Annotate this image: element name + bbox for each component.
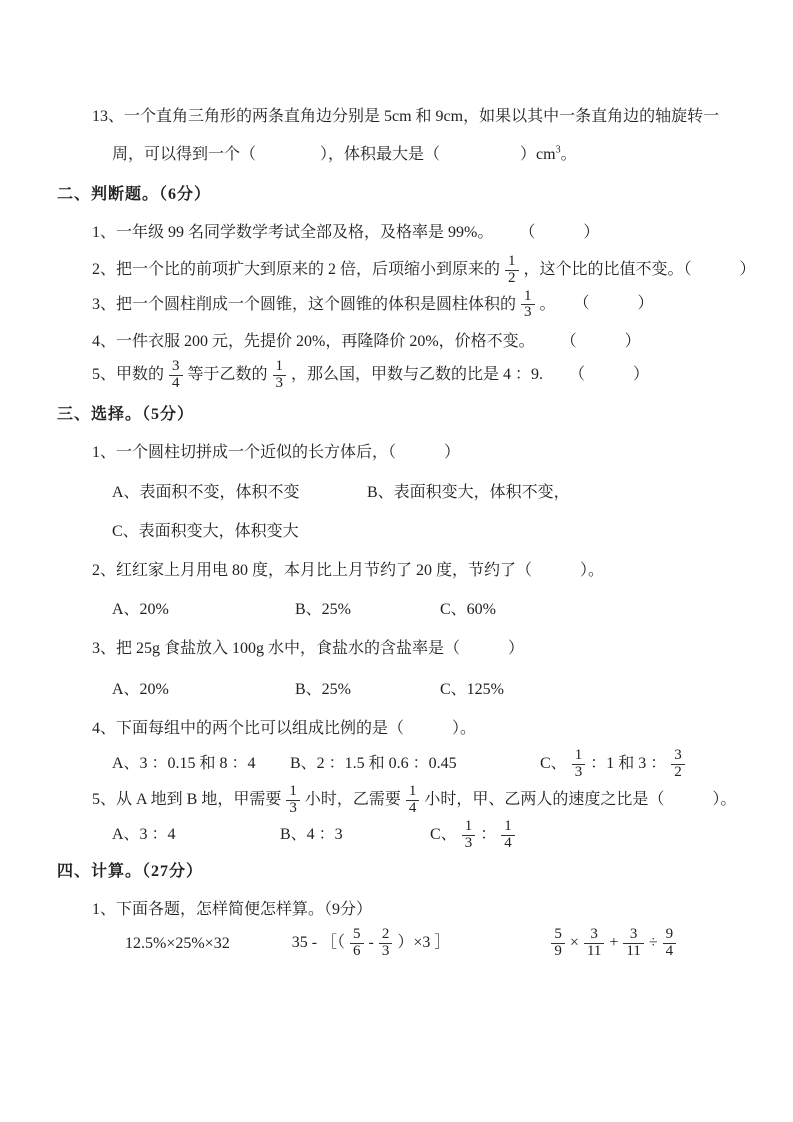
question-13-text-2: 周，可以得到一个（ ），体积最大是（ ）cm xyxy=(112,146,556,163)
fraction: 59 xyxy=(551,927,565,960)
fraction-denominator: 3 xyxy=(273,375,287,392)
section-choice-title: 三、选择。（5分） xyxy=(57,402,793,428)
judge-item-4-answer-blank: （ ） xyxy=(569,333,641,350)
judge-item-3: 3、把一个圆柱削成一个圆锥，这个圆锥的体积是圆柱体积的13。（ ） xyxy=(92,289,793,322)
section-choice-title-text: 三、选择。（5分） xyxy=(57,406,194,423)
fraction-denominator: 3 xyxy=(462,835,476,852)
calc-expression-2-pre: 35 - ［（ xyxy=(292,934,345,951)
choice-item-4-option-b: B、2 ：1.5 和 0.6 ：0.45 xyxy=(290,751,540,777)
section-judge-title: 二、判断题。（6分） xyxy=(57,182,793,208)
judge-item-3-text-post: 。 xyxy=(540,295,556,312)
choice-item-1-options-row-1: A、表面积不变，体积不变B、表面积变大，体积不变， xyxy=(112,480,793,506)
choice-item-5-options: A、3 ：4B、4 ：3C、13：14 xyxy=(112,819,793,852)
choice-item-5-option-b: B、4 ：3 xyxy=(280,822,430,848)
choice-item-1-stem-text: 1、一个圆柱切拼成一个近似的长方体后，（ ） xyxy=(92,444,460,461)
fraction: 14 xyxy=(501,819,515,852)
fraction-numerator: 1 xyxy=(521,289,535,305)
fraction-numerator: 9 xyxy=(663,927,677,943)
fraction: 32 xyxy=(671,748,685,781)
choice-item-5-option-c-mid: ： xyxy=(480,826,496,843)
choice-item-3-option-a: A、20% xyxy=(112,677,295,703)
fraction-numerator: 3 xyxy=(587,927,601,943)
calc-expression-2: 35 - ［（56-23）×3 ］ xyxy=(292,927,451,960)
fraction: 13 xyxy=(521,289,535,322)
calc-expression-3-operator-2: + xyxy=(609,934,618,951)
choice-item-1-stem: 1、一个圆柱切拼成一个近似的长方体后，（ ） xyxy=(92,440,793,466)
choice-item-4-options: A、3 ：0.15 和 8 ：4B、2 ：1.5 和 0.6 ：0.45C、13… xyxy=(112,748,793,781)
fraction: 13 xyxy=(462,819,476,852)
choice-item-4-option-a: A、3 ：0.15 和 8 ：4 xyxy=(112,751,290,777)
judge-item-3-answer-blank: （ ） xyxy=(582,295,654,312)
fraction: 23 xyxy=(379,927,393,960)
choice-item-1-option-a: A、表面积不变，体积不变 xyxy=(112,480,367,506)
judge-item-4-text: 4、一件衣服 200 元，先提价 20%，再隆降价 20%，价格不变。 xyxy=(92,333,535,350)
judge-item-2-text-post: ，这个比的比值不变。（ ） xyxy=(524,261,756,278)
fraction-numerator: 1 xyxy=(572,748,586,764)
fraction-numerator: 3 xyxy=(169,359,183,375)
fraction: 13 xyxy=(286,784,300,817)
choice-item-3-options: A、20%B、25%C、125% xyxy=(112,676,793,702)
choice-item-1-option-b: B、表面积变大，体积不变， xyxy=(367,480,570,506)
judge-item-3-text-pre: 3、把一个圆柱削成一个圆锥，这个圆锥的体积是圆柱体积的 xyxy=(92,295,516,312)
choice-item-3-stem-text: 3、把 25g 食盐放入 100g 水中，食盐水的含盐率是（ ） xyxy=(92,640,524,657)
fraction-numerator: 1 xyxy=(286,784,300,800)
judge-item-1-text: 1、一年级 99 名同学数学考试全部及格，及格率是 99%。 xyxy=(92,224,493,241)
choice-item-5-stem: 5、从 A 地到 B 地，甲需要13小时，乙需要14小时，甲、乙两人的速度之比是… xyxy=(92,784,793,817)
fraction: 12 xyxy=(505,254,519,287)
judge-item-5-text-pre: 5、甲数的 xyxy=(92,366,164,383)
fraction-denominator: 11 xyxy=(623,943,643,960)
choice-item-1-option-c: C、表面积变大，体积变大 xyxy=(112,519,299,545)
judge-item-2: 2、把一个比的前项扩大到原来的 2 倍，后项缩小到原来的12，这个比的比值不变。… xyxy=(92,254,793,287)
calc-expression-3-operator-3: ÷ xyxy=(649,934,658,951)
fraction-denominator: 3 xyxy=(572,764,586,781)
choice-item-2-stem-text: 2、红红家上月用电 80 度，本月比上月节约了 20 度，节约了（ ）。 xyxy=(92,562,604,579)
choice-item-5-option-c: C、13：14 xyxy=(430,819,520,852)
calc-expression-2-operator: - xyxy=(369,934,374,951)
fraction-denominator: 3 xyxy=(286,800,300,817)
fraction-denominator: 3 xyxy=(379,943,393,960)
fraction-numerator: 1 xyxy=(505,254,519,270)
fraction-denominator: 4 xyxy=(663,943,677,960)
fraction-numerator: 5 xyxy=(551,927,565,943)
question-13-line-1: 13、一个直角三角形的两条直角边分别是 5cm 和 9cm，如果以其中一条直角边… xyxy=(92,104,793,130)
choice-item-2-stem: 2、红红家上月用电 80 度，本月比上月节约了 20 度，节约了（ ）。 xyxy=(92,558,793,584)
choice-item-2-option-b: B、25% xyxy=(295,597,440,623)
fraction-denominator: 9 xyxy=(551,943,565,960)
choice-item-5-stem-pre: 5、从 A 地到 B 地，甲需要 xyxy=(92,791,281,808)
choice-item-5-option-c-label: C、 xyxy=(430,826,457,843)
fraction-denominator: 11 xyxy=(584,943,604,960)
fraction-denominator: 4 xyxy=(406,800,420,817)
choice-item-3-stem: 3、把 25g 食盐放入 100g 水中，食盐水的含盐率是（ ） xyxy=(92,636,793,662)
choice-item-4-option-c: C、13：1 和 3 ：32 xyxy=(540,748,690,781)
calc-expression-3-operator-1: × xyxy=(570,934,579,951)
fraction-numerator: 2 xyxy=(379,927,393,943)
choice-item-5-stem-post: 小时，甲、乙两人的速度之比是（ ）。 xyxy=(424,791,736,808)
section-calc-title: 四、计算。（27分） xyxy=(57,859,793,885)
choice-item-3-option-b: B、25% xyxy=(295,677,440,703)
choice-item-3-option-c: C、125% xyxy=(440,677,504,703)
question-13-text-1: 13、一个直角三角形的两条直角边分别是 5cm 和 9cm，如果以其中一条直角边… xyxy=(92,108,719,125)
fraction-numerator: 3 xyxy=(671,748,685,764)
section-calc-title-text: 四、计算。（27分） xyxy=(57,863,203,880)
judge-item-5: 5、甲数的34等于乙数的13，那么国，甲数与乙数的比是 4 ：9.（ ） xyxy=(92,359,793,392)
fraction-numerator: 1 xyxy=(462,819,476,835)
fraction-denominator: 2 xyxy=(671,764,685,781)
calc-expressions-row: 12.5%×25%×32 35 - ［（56-23）×3 ］ 59×311+31… xyxy=(125,927,793,960)
fraction-numerator: 1 xyxy=(406,784,420,800)
fraction: 311 xyxy=(584,927,604,960)
choice-item-2-option-c: C、60% xyxy=(440,597,496,623)
fraction-denominator: 6 xyxy=(350,943,364,960)
choice-item-4-stem-text: 4、下面每组中的两个比可以组成比例的是（ ）。 xyxy=(92,720,476,737)
fraction: 311 xyxy=(623,927,643,960)
fraction-numerator: 3 xyxy=(627,927,641,943)
section-judge-title-text: 二、判断题。（6分） xyxy=(57,186,211,203)
choice-item-5-option-a: A、3 ：4 xyxy=(112,822,280,848)
fraction: 13 xyxy=(273,359,287,392)
question-13-line-2: 周，可以得到一个（ ），体积最大是（ ）cm3。 xyxy=(112,142,793,168)
calc-expression-3: 59×311+311÷94 xyxy=(546,927,681,960)
calc-subitem-1: 1、下面各题，怎样简便怎样算。（9分） xyxy=(92,897,793,923)
choice-item-4-stem: 4、下面每组中的两个比可以组成比例的是（ ）。 xyxy=(92,716,793,742)
judge-item-4: 4、一件衣服 200 元，先提价 20%，再隆降价 20%，价格不变。（ ） xyxy=(92,329,793,355)
fraction-denominator: 4 xyxy=(169,375,183,392)
fraction-numerator: 5 xyxy=(350,927,364,943)
calc-subitem-1-text: 1、下面各题，怎样简便怎样算。（9分） xyxy=(92,901,372,918)
fraction-denominator: 4 xyxy=(501,835,515,852)
judge-item-5-text-mid: 等于乙数的 xyxy=(188,366,268,383)
question-13-text-3: 。 xyxy=(561,146,577,163)
calc-expression-1: 12.5%×25%×32 xyxy=(125,935,230,953)
fraction-denominator: 2 xyxy=(505,270,519,287)
fraction: 13 xyxy=(572,748,586,781)
judge-item-2-text-pre: 2、把一个比的前项扩大到原来的 2 倍，后项缩小到原来的 xyxy=(92,261,500,278)
choice-item-5-stem-mid: 小时，乙需要 xyxy=(305,791,401,808)
fraction-numerator: 1 xyxy=(501,819,515,835)
fraction: 56 xyxy=(350,927,364,960)
choice-item-2-options: A、20%B、25%C、60% xyxy=(112,597,793,623)
fraction-numerator: 1 xyxy=(273,359,287,375)
judge-item-1: 1、一年级 99 名同学数学考试全部及格，及格率是 99%。（ ） xyxy=(92,220,793,246)
choice-item-1-options-row-2: C、表面积变大，体积变大 xyxy=(112,519,793,545)
calc-expression-2-post: ）×3 ］ xyxy=(397,934,450,951)
fraction: 34 xyxy=(169,359,183,392)
fraction: 14 xyxy=(406,784,420,817)
fraction: 94 xyxy=(663,927,677,960)
worksheet-page: 13、一个直角三角形的两条直角边分别是 5cm 和 9cm，如果以其中一条直角边… xyxy=(0,0,793,960)
judge-item-1-answer-blank: （ ） xyxy=(527,224,599,241)
fraction-denominator: 3 xyxy=(521,304,535,321)
choice-item-4-option-c-mid: ：1 和 3 ： xyxy=(590,755,666,772)
choice-item-4-option-c-label: C、 xyxy=(540,755,567,772)
choice-item-2-option-a: A、20% xyxy=(112,597,295,623)
judge-item-5-text-post: ，那么国，甲数与乙数的比是 4 ：9. xyxy=(291,366,543,383)
judge-item-5-answer-blank: （ ） xyxy=(569,366,649,383)
